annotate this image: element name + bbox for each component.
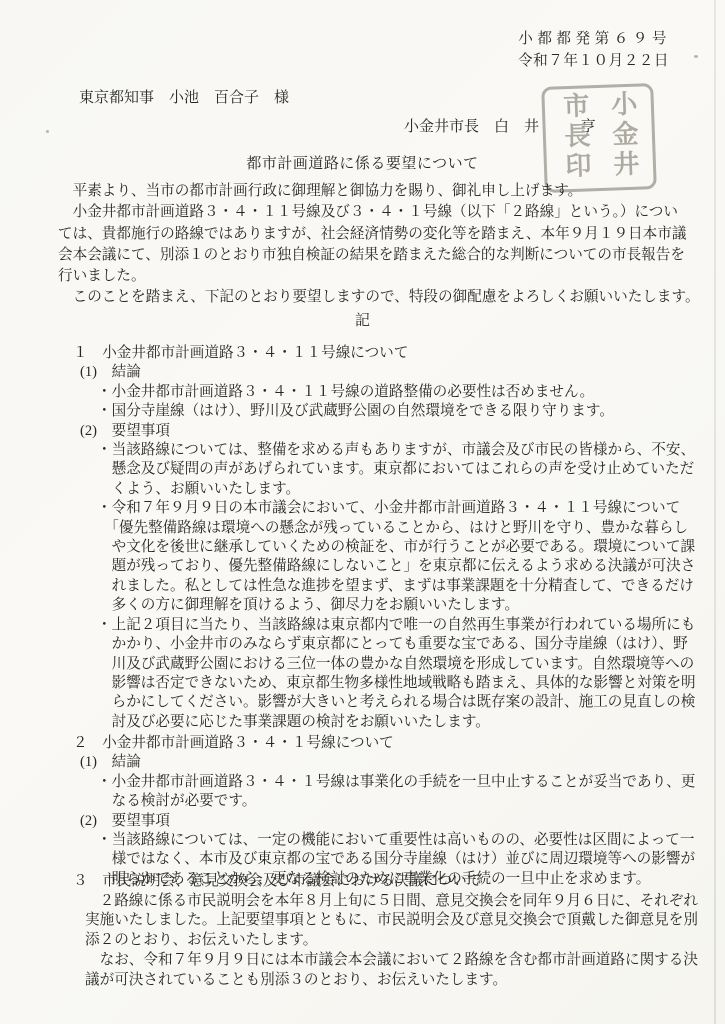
subsection-heading: (1) 結論	[80, 363, 725, 382]
paragraph-line: 議が可決されていることも別添３のとおり、お伝えいたします。	[85, 971, 725, 991]
bullet-line: 討及び必要に応じた事業課題の検討をお願いいたします。	[97, 713, 725, 732]
bullet-line: ・令和７年９月９日の本市議会において、小金井都市計画道路３・４・１１号線について	[97, 499, 725, 518]
bullet-line: 題が残っており、優先整備路線にしないこと」を東京都に伝えるよう求める決議が可決さ	[97, 557, 725, 576]
bullet-line: ・小金井都市計画道路３・４・１号線は事業化の手続を一旦中止することが妥当であり、…	[97, 773, 725, 792]
scanned-letter-page: 小都都発第６９号 令和７年１０月２２日 東京都知事 小池 百合子 様 小金井市長…	[0, 0, 725, 1024]
bullet-line: ・上記２項目に当たり、当該路線は東京都内で唯一の自然再生事業が行われている場所に…	[97, 616, 725, 635]
bullet-line: 多くの方に御理解を頂けるよう、御尽力をお願いいたします。	[97, 596, 725, 615]
bullet-line: ・当該路線については、一定の機能において重要性は高いものの、必要性は区間によって…	[97, 831, 725, 850]
bullet-line: らかにしてください。影響が大きいと考えられる場合は既存案の設計、施工の見直しの検	[97, 693, 725, 712]
section-heading: １ 小金井都市計画道路３・４・１１号線について	[73, 344, 725, 363]
bullet-line: なる検討が必要です。	[97, 792, 725, 811]
section-1: １ 小金井都市計画道路３・４・１１号線について(1) 結論・小金井都市計画道路３…	[0, 344, 725, 732]
bullet-line: れました。私としては性急な進捗を望まず、まずは事業課題を十分精査して、できるだけ	[97, 577, 725, 596]
section-2: ２ 小金井都市計画道路３・４・１号線について(1) 結論・小金井都市計画道路３・…	[0, 734, 725, 889]
bullet-line: かかり、小金井市のみならず東京都にとっても重要な宝である、国分寺崖線（はけ）、野	[97, 635, 725, 654]
bullet-line: ・当該路線については、整備を求める声もありますが、市議会及び市民の皆様から、不安…	[97, 441, 725, 460]
section-heading: ３ 市民説明会、意見交換会及び市議会における決議について	[73, 872, 725, 892]
bullet-line: 川及び武蔵野公園における三位一体の豊かな自然環境を形成しています。自然環境等への	[97, 655, 725, 674]
paragraph-line: なお、令和７年９月９日には本市議会本会議において２路線を含む都市計画道路に関する…	[85, 951, 725, 971]
paragraph-line: 実施いたしました。上記要望事項とともに、市民説明会及び意見交換会で頂戴した御意見…	[85, 911, 725, 931]
bullet-line: ・小金井都市計画道路３・４・１１号線の道路整備の必要性は否めません。	[97, 383, 725, 402]
bullet-line: 懸念及び疑問の声があげられています。東京都においてはこれらの声を受け止めていただ	[97, 460, 725, 479]
section-3: ３ 市民説明会、意見交換会及び市議会における決議について ２路線に係る市民説明会…	[0, 872, 725, 990]
bullet-line: ・国分寺崖線（はけ）、野川及び武蔵野公園の自然環境をできる限り守ります。	[97, 402, 725, 421]
scan-speck	[694, 55, 698, 58]
subsection-heading: (2) 要望事項	[80, 422, 725, 441]
scan-edge-shadow	[714, 0, 716, 1024]
sections-container: １ 小金井都市計画道路３・４・１１号線について(1) 結論・小金井都市計画道路３…	[0, 0, 725, 1024]
subsection-heading: (2) 要望事項	[80, 812, 725, 831]
bullet-line: 影響は否定できないため、東京都生物多様性地域戦略も踏まえ、具体的な影響と対策を明	[97, 674, 725, 693]
bullet-line: や文化を後世に継承していくための検証を、市が行うことが必要である。環境について課	[97, 538, 725, 557]
subsection-heading: (1) 結論	[80, 753, 725, 772]
scan-speck	[46, 130, 49, 133]
paragraph-line: ２路線に係る市民説明会を本年８月上旬に５日間、意見交換会を同年９月６日に、それぞ…	[85, 892, 725, 912]
bullet-line: 様ではなく、本市及び東京都の宝である国分寺崖線（はけ）並びに周辺環境等への影響が	[97, 850, 725, 869]
section-heading: ２ 小金井都市計画道路３・４・１号線について	[73, 734, 725, 753]
bullet-line: 「優先整備路線は環境への懸念が残っていることから、はけと野川を守り、豊かな暮らし	[97, 519, 725, 538]
paragraph-line: 添２のとおり、お伝えいたします。	[85, 931, 725, 951]
bullet-line: くよう、お願いいたします。	[97, 480, 725, 499]
